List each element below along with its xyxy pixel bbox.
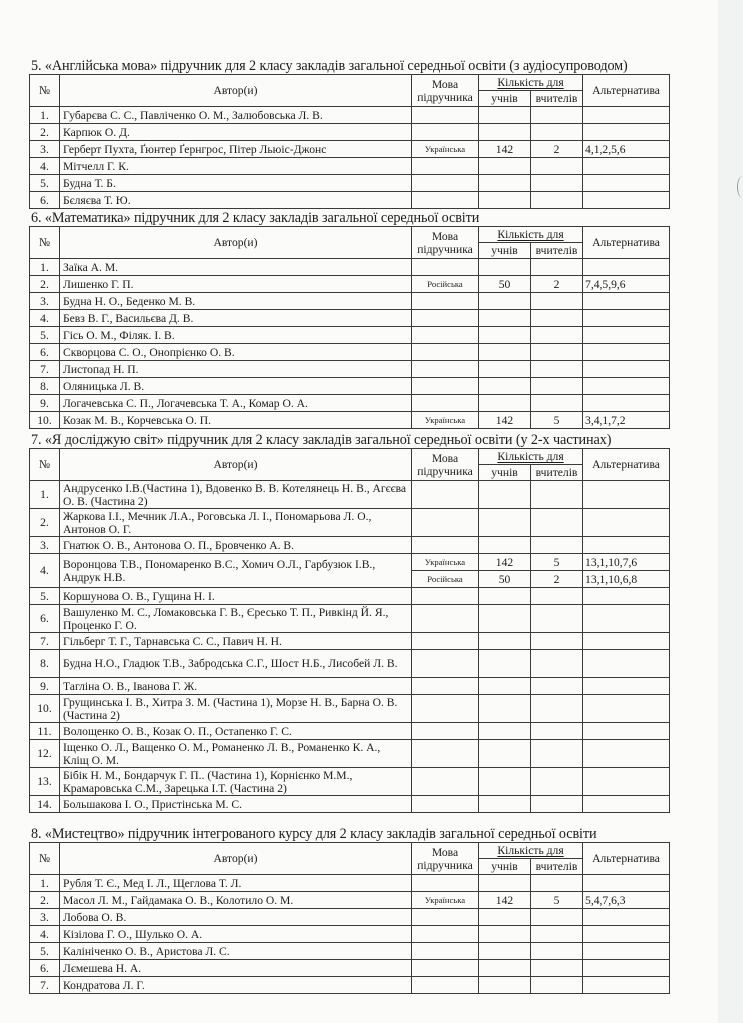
table-row: 8.Оляницька Л. В. — [30, 378, 670, 395]
header-language: Мова підручника — [412, 227, 479, 259]
row-students-count — [479, 509, 531, 537]
header-students: учнів — [479, 465, 531, 481]
row-students-count — [479, 723, 531, 740]
row-language — [412, 977, 479, 994]
row-students-count — [479, 481, 531, 509]
row-authors: Масол Л. М., Гайдамака О. В., Колотило О… — [60, 892, 412, 909]
row-authors: Оляницька Л. В. — [60, 378, 412, 395]
row-teachers-count — [531, 695, 583, 723]
table-row: 3.Герберт Пухта, Ґюнтер Ґернгрос, Пітер … — [30, 141, 670, 158]
row-authors: Карпюк О. Д. — [60, 124, 412, 141]
header-no: № — [30, 449, 60, 481]
row-language — [412, 509, 479, 537]
row-number: 4. — [30, 926, 60, 943]
row-language — [412, 293, 479, 310]
table-row: 3.Гнатюк О. В., Антонова О. П., Бровченк… — [30, 537, 670, 554]
row-teachers-count — [531, 481, 583, 509]
row-teachers-count: 5 — [531, 554, 583, 571]
row-alternative — [583, 327, 670, 344]
row-language: Українська — [412, 141, 479, 158]
row-alternative — [583, 259, 670, 276]
row-authors: Лишенко Г. П. — [60, 276, 412, 293]
row-language — [412, 605, 479, 633]
row-alternative — [583, 926, 670, 943]
row-number: 3. — [30, 537, 60, 554]
row-students-count — [479, 537, 531, 554]
row-teachers-count — [531, 327, 583, 344]
row-alternative — [583, 361, 670, 378]
row-teachers-count — [531, 293, 583, 310]
row-number: 1. — [30, 481, 60, 509]
row-teachers-count — [531, 960, 583, 977]
row-students-count — [479, 943, 531, 960]
row-authors: Будна Т. Б. — [60, 175, 412, 192]
section-title: 5. «Англійська мова» підручник для 2 кла… — [31, 58, 669, 74]
row-authors: Гнатюк О. В., Антонова О. П., Бровченко … — [60, 537, 412, 554]
row-language — [412, 327, 479, 344]
row-authors: Волощенко О. В., Козак О. П., Остапенко … — [60, 723, 412, 740]
row-language — [412, 192, 479, 209]
row-alternative — [583, 192, 670, 209]
row-teachers-count — [531, 875, 583, 892]
row-alternative — [583, 344, 670, 361]
row-authors: Гісь О. М., Філяк. І. В. — [60, 327, 412, 344]
row-students-count — [479, 293, 531, 310]
row-teachers-count — [531, 650, 583, 678]
row-number: 5. — [30, 175, 60, 192]
row-alternative — [583, 909, 670, 926]
row-authors: Большакова І. О., Пристінська М. С. — [60, 796, 412, 813]
row-students-count — [479, 678, 531, 695]
row-authors: Воронцова Т.В., Пономаренко В.С., Хомич … — [60, 554, 412, 588]
header-no: № — [30, 227, 60, 259]
table-row: 11.Волощенко О. В., Козак О. П., Остапен… — [30, 723, 670, 740]
row-alternative — [583, 175, 670, 192]
row-number: 11. — [30, 723, 60, 740]
row-authors: Андрусенко І.В.(Частина 1), Вдовенко В. … — [60, 481, 412, 509]
row-students-count — [479, 344, 531, 361]
row-teachers-count: 2 — [531, 571, 583, 588]
row-number: 7. — [30, 361, 60, 378]
row-alternative — [583, 695, 670, 723]
row-alternative: 13,1,10,7,6 — [583, 554, 670, 571]
header-authors: Автор(и) — [60, 227, 412, 259]
textbook-table: № Автор(и) Мова підручника Кількість для… — [29, 842, 670, 994]
row-authors: Губарєва С. С., Павліченко О. М., Залюбо… — [60, 107, 412, 124]
row-language — [412, 107, 479, 124]
row-alternative: 3,4,1,7,2 — [583, 412, 670, 429]
table-row: 13.Бібік Н. М., Бондарчук Г. П.. (Частин… — [30, 768, 670, 796]
row-language — [412, 875, 479, 892]
header-teachers: вчителів — [531, 859, 583, 875]
row-authors: Вашуленко М. С., Ломаковська Г. В., Єрес… — [60, 605, 412, 633]
table-row: 5.Будна Т. Б. — [30, 175, 670, 192]
table-row: 9.Логачевська С. П., Логачевська Т. А., … — [30, 395, 670, 412]
row-alternative — [583, 960, 670, 977]
row-teachers-count — [531, 395, 583, 412]
row-authors: Калініченко О. В., Аристова Л. С. — [60, 943, 412, 960]
row-alternative — [583, 395, 670, 412]
row-teachers-count — [531, 310, 583, 327]
row-number: 6. — [30, 192, 60, 209]
row-alternative — [583, 796, 670, 813]
header-quantity-group: Кількість для — [479, 449, 583, 465]
row-students-count: 50 — [479, 276, 531, 293]
row-authors: Жаркова І.І., Мечник Л.А., Роговська Л. … — [60, 509, 412, 537]
table-row: 9.Тагліна О. В., Іванова Г. Ж. — [30, 678, 670, 695]
table-row: 2.Карпюк О. Д. — [30, 124, 670, 141]
header-no: № — [30, 75, 60, 107]
row-alternative — [583, 509, 670, 537]
row-teachers-count — [531, 723, 583, 740]
row-students-count — [479, 796, 531, 813]
row-teachers-count — [531, 943, 583, 960]
row-students-count — [479, 588, 531, 605]
header-language: Мова підручника — [412, 75, 479, 107]
textbook-table: № Автор(и) Мова підручника Кількість для… — [29, 226, 670, 429]
row-number: 5. — [30, 327, 60, 344]
row-language — [412, 158, 479, 175]
row-alternative — [583, 678, 670, 695]
row-language — [412, 588, 479, 605]
row-authors: Скворцова С. О., Онопрієнко О. В. — [60, 344, 412, 361]
row-teachers-count — [531, 926, 583, 943]
header-alternative: Альтернатива — [583, 843, 670, 875]
table-row: 10.Грущинська І. В., Хитра З. М. (Частин… — [30, 695, 670, 723]
row-alternative — [583, 977, 670, 994]
row-teachers-count — [531, 977, 583, 994]
row-alternative — [583, 768, 670, 796]
table-row: 4.Бевз В. Г., Васильєва Д. В. — [30, 310, 670, 327]
row-students-count — [479, 740, 531, 768]
row-language — [412, 909, 479, 926]
table-row: 2.Жаркова І.І., Мечник Л.А., Роговська Л… — [30, 509, 670, 537]
row-authors: Тагліна О. В., Іванова Г. Ж. — [60, 678, 412, 695]
row-language — [412, 259, 479, 276]
table-row: 5.Коршунова О. В., Гущина Н. І. — [30, 588, 670, 605]
row-students-count — [479, 960, 531, 977]
row-number: 2. — [30, 276, 60, 293]
row-number: 10. — [30, 412, 60, 429]
row-authors: Коршунова О. В., Гущина Н. І. — [60, 588, 412, 605]
scan-mark — [737, 176, 743, 198]
row-language — [412, 361, 479, 378]
header-teachers: вчителів — [531, 91, 583, 107]
table-row: 12.Іщенко О. Л., Ващенко О. М., Романенк… — [30, 740, 670, 768]
table-row: 4.Мітчелл Г. К. — [30, 158, 670, 175]
row-alternative — [583, 378, 670, 395]
row-teachers-count — [531, 796, 583, 813]
row-number: 3. — [30, 293, 60, 310]
row-authors: Герберт Пухта, Ґюнтер Ґернгрос, Пітер Ль… — [60, 141, 412, 158]
row-students-count: 142 — [479, 412, 531, 429]
row-students-count — [479, 259, 531, 276]
row-alternative: 4,1,2,5,6 — [583, 141, 670, 158]
row-number: 2. — [30, 124, 60, 141]
row-number: 10. — [30, 695, 60, 723]
header-students: учнів — [479, 243, 531, 259]
header-alternative: Альтернатива — [583, 449, 670, 481]
row-authors: Бібік Н. М., Бондарчук Г. П.. (Частина 1… — [60, 768, 412, 796]
row-teachers-count — [531, 768, 583, 796]
header-language: Мова підручника — [412, 449, 479, 481]
header-alternative: Альтернатива — [583, 75, 670, 107]
header-teachers: вчителів — [531, 465, 583, 481]
table-row: 3.Будна Н. О., Беденко М. В. — [30, 293, 670, 310]
row-alternative — [583, 481, 670, 509]
row-alternative — [583, 875, 670, 892]
row-alternative — [583, 588, 670, 605]
row-number: 6. — [30, 344, 60, 361]
row-students-count — [479, 124, 531, 141]
row-students-count — [479, 192, 531, 209]
row-teachers-count — [531, 175, 583, 192]
table-row: 3.Лобова О. В. — [30, 909, 670, 926]
row-number: 7. — [30, 633, 60, 650]
row-students-count — [479, 633, 531, 650]
row-number: 2. — [30, 892, 60, 909]
table-row: 8.Будна Н.О., Гладюк Т.В., Забродська С.… — [30, 650, 670, 678]
row-alternative — [583, 633, 670, 650]
row-teachers-count — [531, 509, 583, 537]
row-language — [412, 926, 479, 943]
section-title: 8. «Мистецтво» підручник інтегрованого к… — [31, 826, 669, 842]
row-authors: Рубля Т. Є., Мед І. Л., Щеглова Т. Л. — [60, 875, 412, 892]
row-students-count: 142 — [479, 892, 531, 909]
row-language — [412, 175, 479, 192]
row-authors: Заїка А. М. — [60, 259, 412, 276]
row-authors: Мітчелл Г. К. — [60, 158, 412, 175]
row-teachers-count — [531, 124, 583, 141]
row-teachers-count — [531, 678, 583, 695]
row-number: 4. — [30, 158, 60, 175]
table-row: 7.Гільберг Т. Г., Тарнавська С. С., Пави… — [30, 633, 670, 650]
row-alternative — [583, 537, 670, 554]
row-authors: Грущинська І. В., Хитра З. М. (Частина 1… — [60, 695, 412, 723]
section-explore-world: 7. «Я досліджую світ» підручник для 2 кл… — [29, 432, 669, 813]
row-language — [412, 768, 479, 796]
row-alternative: 13,1,10,6,8 — [583, 571, 670, 588]
table-row: 4.Воронцова Т.В., Пономаренко В.С., Хоми… — [30, 554, 670, 571]
section-title: 7. «Я досліджую світ» підручник для 2 кл… — [31, 432, 669, 448]
section-art: 8. «Мистецтво» підручник інтегрованого к… — [29, 826, 669, 994]
row-number: 14. — [30, 796, 60, 813]
header-quantity-group: Кількість для — [479, 843, 583, 859]
row-language — [412, 678, 479, 695]
header-quantity-group: Кількість для — [479, 75, 583, 91]
section-title: 6. «Математика» підручник для 2 класу за… — [31, 210, 669, 226]
row-authors: Логачевська С. П., Логачевська Т. А., Ко… — [60, 395, 412, 412]
row-number: 9. — [30, 678, 60, 695]
header-quantity-group: Кількість для — [479, 227, 583, 243]
row-language — [412, 723, 479, 740]
table-row: 1.Заїка А. М. — [30, 259, 670, 276]
row-number: 6. — [30, 960, 60, 977]
table-row: 6.Скворцова С. О., Онопрієнко О. В. — [30, 344, 670, 361]
row-language — [412, 960, 479, 977]
row-teachers-count — [531, 344, 583, 361]
table-row: 1.Губарєва С. С., Павліченко О. М., Залю… — [30, 107, 670, 124]
row-students-count: 142 — [479, 554, 531, 571]
row-number: 2. — [30, 509, 60, 537]
row-number: 1. — [30, 107, 60, 124]
row-teachers-count: 2 — [531, 276, 583, 293]
table-row: 4.Кізілова Г. О., Шулько О. А. — [30, 926, 670, 943]
row-teachers-count — [531, 107, 583, 124]
row-language — [412, 395, 479, 412]
row-language: Українська — [412, 554, 479, 571]
header-alternative: Альтернатива — [583, 227, 670, 259]
row-alternative — [583, 723, 670, 740]
row-language — [412, 633, 479, 650]
row-students-count: 50 — [479, 571, 531, 588]
row-number: 1. — [30, 259, 60, 276]
header-authors: Автор(и) — [60, 449, 412, 481]
row-students-count — [479, 695, 531, 723]
row-language — [412, 796, 479, 813]
row-students-count — [479, 327, 531, 344]
table-row: 6.Бєляєва Т. Ю. — [30, 192, 670, 209]
table-row: 7.Листопад Н. П. — [30, 361, 670, 378]
row-alternative: 5,4,7,6,3 — [583, 892, 670, 909]
row-teachers-count — [531, 605, 583, 633]
row-authors: Будна Н. О., Беденко М. В. — [60, 293, 412, 310]
row-alternative — [583, 124, 670, 141]
table-row: 1.Андрусенко І.В.(Частина 1), Вдовенко В… — [30, 481, 670, 509]
row-number: 13. — [30, 768, 60, 796]
row-alternative — [583, 740, 670, 768]
row-authors: Листопад Н. П. — [60, 361, 412, 378]
table-row: 10.Козак М. В., Корчевська О. П.Українсь… — [30, 412, 670, 429]
row-teachers-count — [531, 158, 583, 175]
row-teachers-count — [531, 361, 583, 378]
row-alternative — [583, 107, 670, 124]
row-authors: Бевз В. Г., Васильєва Д. В. — [60, 310, 412, 327]
row-language — [412, 740, 479, 768]
header-no: № — [30, 843, 60, 875]
header-language: Мова підручника — [412, 843, 479, 875]
section-english: 5. «Англійська мова» підручник для 2 кла… — [29, 58, 669, 209]
row-language — [412, 537, 479, 554]
row-number: 6. — [30, 605, 60, 633]
row-teachers-count — [531, 259, 583, 276]
row-language — [412, 378, 479, 395]
row-language — [412, 695, 479, 723]
table-row: 2.Лишенко Г. П.Російська5027,4,5,9,6 — [30, 276, 670, 293]
row-students-count — [479, 107, 531, 124]
row-students-count: 142 — [479, 141, 531, 158]
row-alternative — [583, 605, 670, 633]
row-teachers-count — [531, 192, 583, 209]
row-number: 8. — [30, 650, 60, 678]
row-alternative — [583, 310, 670, 327]
table-row: 5.Гісь О. М., Філяк. І. В. — [30, 327, 670, 344]
row-students-count — [479, 926, 531, 943]
table-row: 6.Лємешева Н. А. — [30, 960, 670, 977]
row-teachers-count — [531, 588, 583, 605]
row-language: Українська — [412, 412, 479, 429]
row-students-count — [479, 875, 531, 892]
row-language — [412, 344, 479, 361]
row-students-count — [479, 977, 531, 994]
row-students-count — [479, 909, 531, 926]
row-number: 1. — [30, 875, 60, 892]
row-students-count — [479, 175, 531, 192]
row-authors: Бєляєва Т. Ю. — [60, 192, 412, 209]
table-row: 5.Калініченко О. В., Аристова Л. С. — [30, 943, 670, 960]
row-language — [412, 124, 479, 141]
row-teachers-count: 5 — [531, 412, 583, 429]
row-authors: Лємешева Н. А. — [60, 960, 412, 977]
row-authors: Кізілова Г. О., Шулько О. А. — [60, 926, 412, 943]
row-alternative: 7,4,5,9,6 — [583, 276, 670, 293]
row-authors: Будна Н.О., Гладюк Т.В., Забродська С.Г.… — [60, 650, 412, 678]
row-authors: Козак М. В., Корчевська О. П. — [60, 412, 412, 429]
header-authors: Автор(и) — [60, 843, 412, 875]
row-teachers-count — [531, 740, 583, 768]
row-alternative — [583, 293, 670, 310]
table-row: 6.Вашуленко М. С., Ломаковська Г. В., Єр… — [30, 605, 670, 633]
row-authors: Кондратова Л. Г. — [60, 977, 412, 994]
textbook-table: № Автор(и) Мова підручника Кількість для… — [29, 74, 670, 209]
row-students-count — [479, 395, 531, 412]
row-language: Російська — [412, 276, 479, 293]
row-number: 9. — [30, 395, 60, 412]
row-authors: Іщенко О. Л., Ващенко О. М., Романенко Л… — [60, 740, 412, 768]
row-number: 3. — [30, 909, 60, 926]
row-teachers-count — [531, 633, 583, 650]
row-number: 7. — [30, 977, 60, 994]
row-students-count — [479, 378, 531, 395]
row-number: 8. — [30, 378, 60, 395]
row-language: Російська — [412, 571, 479, 588]
textbook-table: № Автор(и) Мова підручника Кількість для… — [29, 448, 670, 813]
row-number: 5. — [30, 588, 60, 605]
table-row: 7.Кондратова Л. Г. — [30, 977, 670, 994]
row-authors: Гільберг Т. Г., Тарнавська С. С., Павич … — [60, 633, 412, 650]
row-students-count — [479, 605, 531, 633]
row-number: 4. — [30, 310, 60, 327]
row-alternative — [583, 158, 670, 175]
row-number: 5. — [30, 943, 60, 960]
row-number: 12. — [30, 740, 60, 768]
table-row: 1.Рубля Т. Є., Мед І. Л., Щеглова Т. Л. — [30, 875, 670, 892]
row-students-count — [479, 768, 531, 796]
row-teachers-count — [531, 909, 583, 926]
row-language — [412, 650, 479, 678]
row-teachers-count — [531, 537, 583, 554]
row-students-count — [479, 158, 531, 175]
row-teachers-count: 2 — [531, 141, 583, 158]
header-students: учнів — [479, 859, 531, 875]
header-students: учнів — [479, 91, 531, 107]
row-language — [412, 481, 479, 509]
table-row: 2.Масол Л. М., Гайдамака О. В., Колотило… — [30, 892, 670, 909]
row-teachers-count — [531, 378, 583, 395]
scan-edge — [718, 0, 743, 1023]
header-teachers: вчителів — [531, 243, 583, 259]
row-students-count — [479, 650, 531, 678]
row-number: 3. — [30, 141, 60, 158]
row-alternative — [583, 943, 670, 960]
row-teachers-count: 5 — [531, 892, 583, 909]
row-students-count — [479, 310, 531, 327]
row-language — [412, 943, 479, 960]
section-math: 6. «Математика» підручник для 2 класу за… — [29, 210, 669, 429]
header-authors: Автор(и) — [60, 75, 412, 107]
row-students-count — [479, 361, 531, 378]
row-authors: Лобова О. В. — [60, 909, 412, 926]
